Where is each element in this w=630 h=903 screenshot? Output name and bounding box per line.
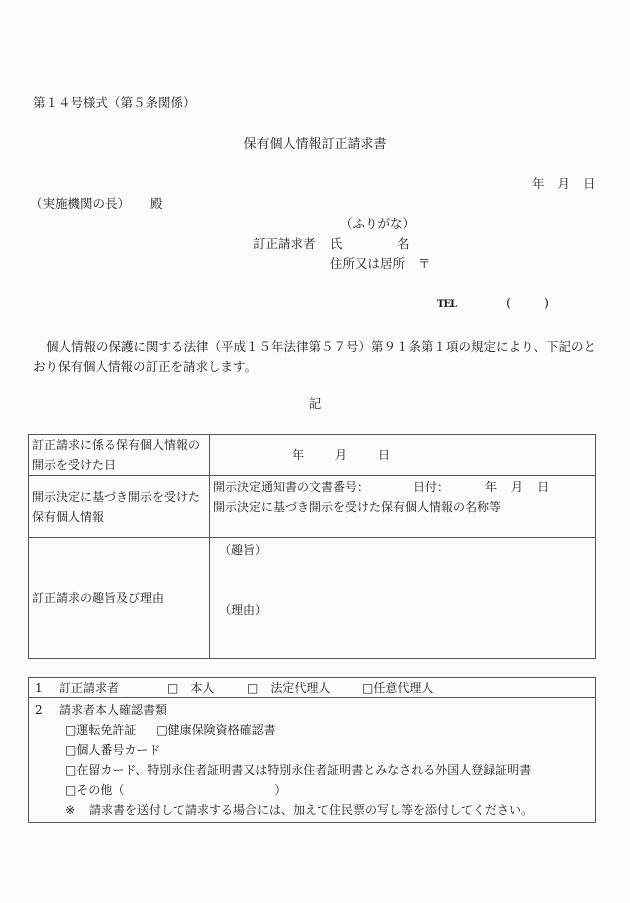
request-statement: 個人情報の保護に関する法律（平成１５年法律第５７号）第９１条第１項の規定により、… <box>33 337 608 377</box>
table-row: 訂正請求に係る保有個人情報の開示を受けた日 年月日 <box>29 435 596 476</box>
honorific: 殿 <box>150 196 163 211</box>
other-close-paren: ） <box>274 783 286 797</box>
name-mei: 名 <box>397 236 410 251</box>
purpose-reason-label: 訂正請求の趣旨及び理由 <box>29 538 210 659</box>
table-row: 開示決定に基づき開示を受けた保有個人情報 開示決定通知書の文書番号： 日付：年月… <box>29 476 596 538</box>
requester-type-label: 訂正請求者 <box>59 679 167 696</box>
date-day: 日 <box>537 477 549 497</box>
requester-verification-table: 1 訂正請求者 □ 本人 □ 法定代理人 □任意代理人 2請求者本人確認書類 □… <box>28 677 596 823</box>
request-date: 年月日 <box>532 178 609 191</box>
disclosed-info-field[interactable]: 開示決定通知書の文書番号： 日付：年月日 開示決定に基づき開示を受けた保有個人情… <box>210 476 596 538</box>
notice-date: 日付：年月日 <box>413 477 549 497</box>
date-day: 日 <box>378 445 390 465</box>
furigana-label: （ふりがな） <box>340 218 415 231</box>
checkbox-drivers-license[interactable]: □運転免許証 <box>65 723 136 737</box>
checkbox-self[interactable]: □ 本人 <box>167 679 247 696</box>
id-documents-row: 2請求者本人確認書類 □運転免許証□健康保険資格確認書 □個人番号カード □在留… <box>29 698 595 822</box>
table-row: 訂正請求の趣旨及び理由 （趣旨） （理由） <box>29 538 596 659</box>
disclosure-date-label: 訂正請求に係る保有個人情報の開示を受けた日 <box>29 435 210 476</box>
doc-number-label: 開示決定通知書の文書番号： <box>213 477 369 497</box>
checkbox-other[interactable]: □その他（ <box>65 783 124 797</box>
purpose-label: （趣旨） <box>219 540 592 560</box>
requester-name-line: 訂正請求者氏名 <box>253 238 410 251</box>
date-year: 年 <box>485 477 497 497</box>
tel-paren-open: ( <box>506 295 511 310</box>
correction-details-table: 訂正請求に係る保有個人情報の開示を受けた日 年月日 開示決定に基づき開示を受けた… <box>28 434 596 659</box>
date-year: 年 <box>292 445 304 465</box>
addressee-label: （実施機関の長） <box>30 196 130 211</box>
checkbox-voluntary-agent[interactable]: □任意代理人 <box>362 679 433 696</box>
purpose-reason-field[interactable]: （趣旨） （理由） <box>210 538 596 659</box>
checkbox-my-number-card[interactable]: □個人番号カード <box>65 743 160 757</box>
tel-icon: TEL <box>437 299 456 310</box>
date-label: 日付： <box>413 480 449 494</box>
info-name-label: 開示決定に基づき開示を受けた保有個人情報の名称等 <box>213 497 592 517</box>
date-month: 月 <box>511 477 523 497</box>
date-month: 月 <box>558 178 571 191</box>
form-number: 第１４号様式（第５条関係） <box>33 97 196 110</box>
postal-mark-icon: 〒 <box>418 256 431 271</box>
tel-paren-close: ) <box>544 295 549 310</box>
ki-heading: 記 <box>0 398 630 411</box>
disclosure-date-field[interactable]: 年月日 <box>210 435 596 476</box>
tel-line: TEL() <box>437 297 549 310</box>
date-year: 年 <box>532 178 545 191</box>
disclosed-info-label: 開示決定に基づき開示を受けた保有個人情報 <box>29 476 210 538</box>
item-number: 2 <box>35 700 59 720</box>
checkbox-health-insurance[interactable]: □健康保険資格確認書 <box>156 723 275 737</box>
checkbox-residence-card[interactable]: □在留カード、特別永住者証明書又は特別永住者証明書とみなされる外国人登録証明書 <box>65 763 531 777</box>
doc-number-line: 開示決定通知書の文書番号： 日付：年月日 <box>213 477 592 497</box>
date-month: 月 <box>335 445 347 465</box>
requester-type-row: 1 訂正請求者 □ 本人 □ 法定代理人 □任意代理人 <box>29 678 595 698</box>
requester-label: 訂正請求者 <box>253 238 330 251</box>
note-mark-icon: ※ <box>65 800 89 820</box>
note-text: 請求書を送付して請求する場合には、加えて住民票の写し等を添付してください。 <box>89 803 533 817</box>
address-label: 住所又は居所 <box>330 256 405 271</box>
id-documents-label: 請求者本人確認書類 <box>59 703 167 717</box>
date-day: 日 <box>583 178 596 191</box>
addressee: （実施機関の長）殿 <box>30 198 163 211</box>
address-line: 住所又は居所〒 <box>330 258 431 271</box>
reason-label: （理由） <box>219 600 592 620</box>
name-shi: 氏 <box>330 238 397 251</box>
document-title: 保有個人情報訂正請求書 <box>0 138 630 151</box>
checkbox-legal-agent[interactable]: □ 法定代理人 <box>247 679 362 696</box>
item-number: 1 <box>35 681 59 695</box>
